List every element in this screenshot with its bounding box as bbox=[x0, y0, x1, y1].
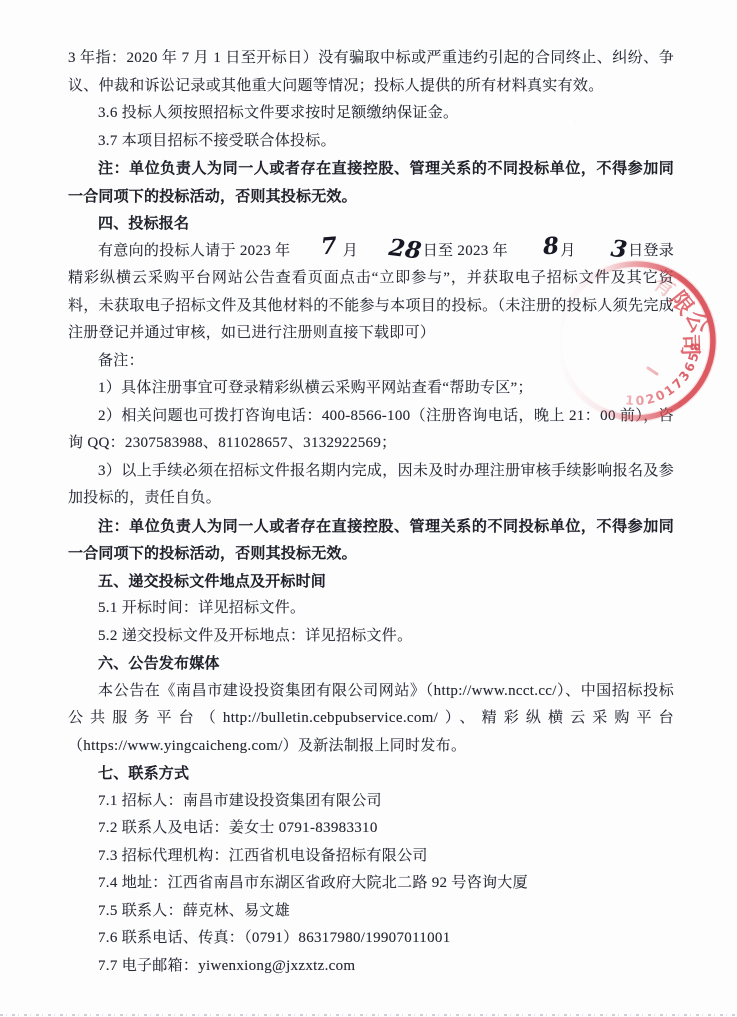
signup-text-pre: 有意向的投标人请于 2023 年 bbox=[98, 243, 290, 259]
paragraph-remark-1: 1）具体注册事宜可登录精彩纵横云采购平网站查看“帮助专区”； bbox=[68, 375, 674, 403]
paragraph-remark-2: 2）相关问题也可拨打咨询电话：400-8566-100（注册咨询电话，晚上 21… bbox=[68, 403, 674, 458]
paragraph-7-4: 7.4 地址：江西省南昌市东湖区省政府大院北二路 92 号咨询大厦 bbox=[68, 870, 674, 898]
section-heading-4: 四、投标报名 bbox=[68, 210, 674, 238]
seal-char-3: 司 bbox=[677, 334, 703, 357]
paragraph-7-2: 7.2 联系人及电话：姜女士 0791-83983310 bbox=[68, 815, 674, 843]
paragraph-remark-3: 3）以上手续必须在招标文件报名期内完成，因未及时办理注册审核手续影响报名及参加投… bbox=[68, 458, 674, 513]
handwritten-month-1: 7 bbox=[291, 245, 339, 249]
section-heading-6: 六、公告发布媒体 bbox=[68, 650, 674, 678]
paragraph-5-2: 5.2 递交投标文件及开标地点：详见招标文件。 bbox=[68, 623, 674, 651]
paragraph-7-3: 7.3 招标代理机构：江西省机电设备招标有限公司 bbox=[68, 843, 674, 871]
handwritten-month-2: 8 bbox=[512, 245, 560, 249]
paragraph-3-7: 3.7 本项目招标不接受联合体投标。 bbox=[68, 128, 674, 156]
paragraph-7-7: 7.7 电子邮箱：yiwenxiong@jxzxtz.com bbox=[68, 953, 674, 981]
note-paragraph-2: 注：单位负责人为同一人或者存在直接控股、管理关系的不同投标单位，不得参加同一合同… bbox=[68, 513, 674, 568]
seal-char-2: 公 bbox=[681, 307, 712, 337]
paragraph-7-6: 7.6 联系电话、传真：（0791）86317980/19907011001 bbox=[68, 925, 674, 953]
signup-text-seg1: 月 bbox=[339, 243, 358, 259]
paragraph-5-1: 5.1 开标时间：详见招标文件。 bbox=[68, 595, 674, 623]
handwritten-day-1: 28 bbox=[358, 244, 422, 252]
paragraph-3-6: 3.6 投标人须按照招标文件要求按时足额缴纳保证金。 bbox=[68, 100, 674, 128]
paragraph-7-5: 7.5 联系人：薛克林、易文雄 bbox=[68, 898, 674, 926]
section-heading-7: 七、联系方式 bbox=[68, 760, 674, 788]
paragraph-remark-label: 备注： bbox=[68, 348, 674, 376]
signup-text-seg2: 日至 2023 年 bbox=[423, 243, 512, 259]
section-heading-5: 五、递交投标文件地点及开标时间 bbox=[68, 568, 674, 596]
paragraph-signup: 有意向的投标人请于 2023 年7 月28日至 2023 年 8月 3日登录精彩… bbox=[68, 238, 674, 348]
scan-bottom-edge-artifact bbox=[0, 1014, 737, 1016]
document-body: 3 年指：2020 年 7 月 1 日至开标日）没有骗取中标或严重违约引起的合同… bbox=[68, 45, 674, 980]
paragraph-7-1: 7.1 招标人：南昌市建设投资集团有限公司 bbox=[68, 788, 674, 816]
handwritten-day-2: 3 bbox=[580, 245, 628, 251]
paragraph-carryover: 3 年指：2020 年 7 月 1 日至开标日）没有骗取中标或严重违约引起的合同… bbox=[68, 45, 674, 100]
paragraph-media: 本公告在《南昌市建设投资集团有限公司网站》（http://www.ncct.cc… bbox=[68, 678, 674, 761]
note-paragraph-1: 注：单位负责人为同一人或者存在直接控股、管理关系的不同投标单位，不得参加同一合同… bbox=[68, 155, 674, 210]
signup-text-seg3: 月 bbox=[560, 243, 579, 259]
